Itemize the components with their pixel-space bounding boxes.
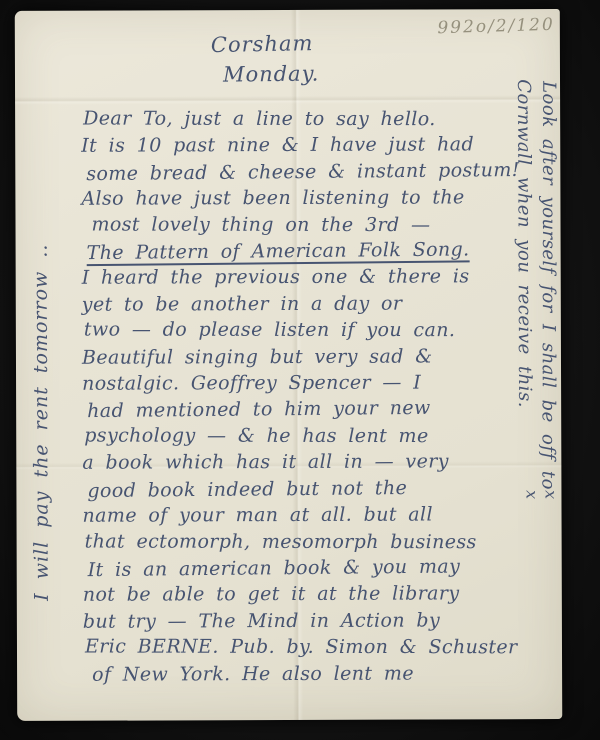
letter-line: not be able to get it at the library <box>83 580 545 608</box>
letter-line: Dear To, just a line to say hello. <box>83 106 543 133</box>
letter-line: good book indeed but not the <box>87 473 544 504</box>
letter-line: a book which has it all in — very <box>82 448 544 476</box>
letter-line: psychology — & he has lent me <box>84 422 544 449</box>
letter-line-underlined-title: The Pattern of American Folk Song. <box>86 236 543 267</box>
letter-line: I heard the previous one & there is <box>82 264 544 292</box>
letter-body: Dear To, just a line to say hello. It is… <box>81 105 545 688</box>
horizontal-fold-crease-top <box>15 95 560 105</box>
letter-line: Eric BERNE. Pub. by. Simon & Schuster <box>85 634 545 661</box>
letter-heading-place: Corsham <box>211 31 314 57</box>
letter-line: that ectomorph, mesomorph business <box>85 528 545 555</box>
letter-line: name of your man at all. but all <box>82 501 544 529</box>
kisses-xx: x x <box>522 490 560 530</box>
letter-heading-day: Monday. <box>223 61 320 86</box>
letter-line: It is an american book & you may <box>88 553 545 584</box>
letter-line: had mentioned to him your new <box>87 394 544 425</box>
left-margin-note: I will pay the rent tomorrow .. <box>29 201 54 601</box>
letter-line: It is 10 past nine & I have just had <box>81 132 543 160</box>
letter-line: nostalgic. Geoffrey Spencer — I <box>82 369 544 397</box>
letter-line: two — do please listen if you can. <box>84 317 544 344</box>
letter-line: yet to be another in a day or <box>82 290 544 318</box>
archive-reference-number: 992o/2/120 <box>375 15 556 40</box>
letter-line: of New York. He also lent me <box>92 660 545 688</box>
right-margin-note-line: Look after yourself for I shall be off t… <box>535 81 560 549</box>
right-margin-note: Look after yourself for I shall be off t… <box>511 79 561 549</box>
letter-line: some bread & cheese & instant postum! <box>86 157 543 188</box>
scan-background: 992o/2/120 Corsham Monday. Dear To, just… <box>0 0 600 740</box>
letter-page: 992o/2/120 Corsham Monday. Dear To, just… <box>15 9 562 721</box>
right-margin-note-line: Cornwall when you receive this. <box>511 79 537 549</box>
letter-line: but try — The Mind in Action by <box>83 607 545 635</box>
letter-line: Also have just been listening to the <box>81 184 543 212</box>
letter-line: most lovely thing on the 3rd — <box>91 211 543 238</box>
letter-line: Beautiful singing but very sad & <box>82 343 544 371</box>
